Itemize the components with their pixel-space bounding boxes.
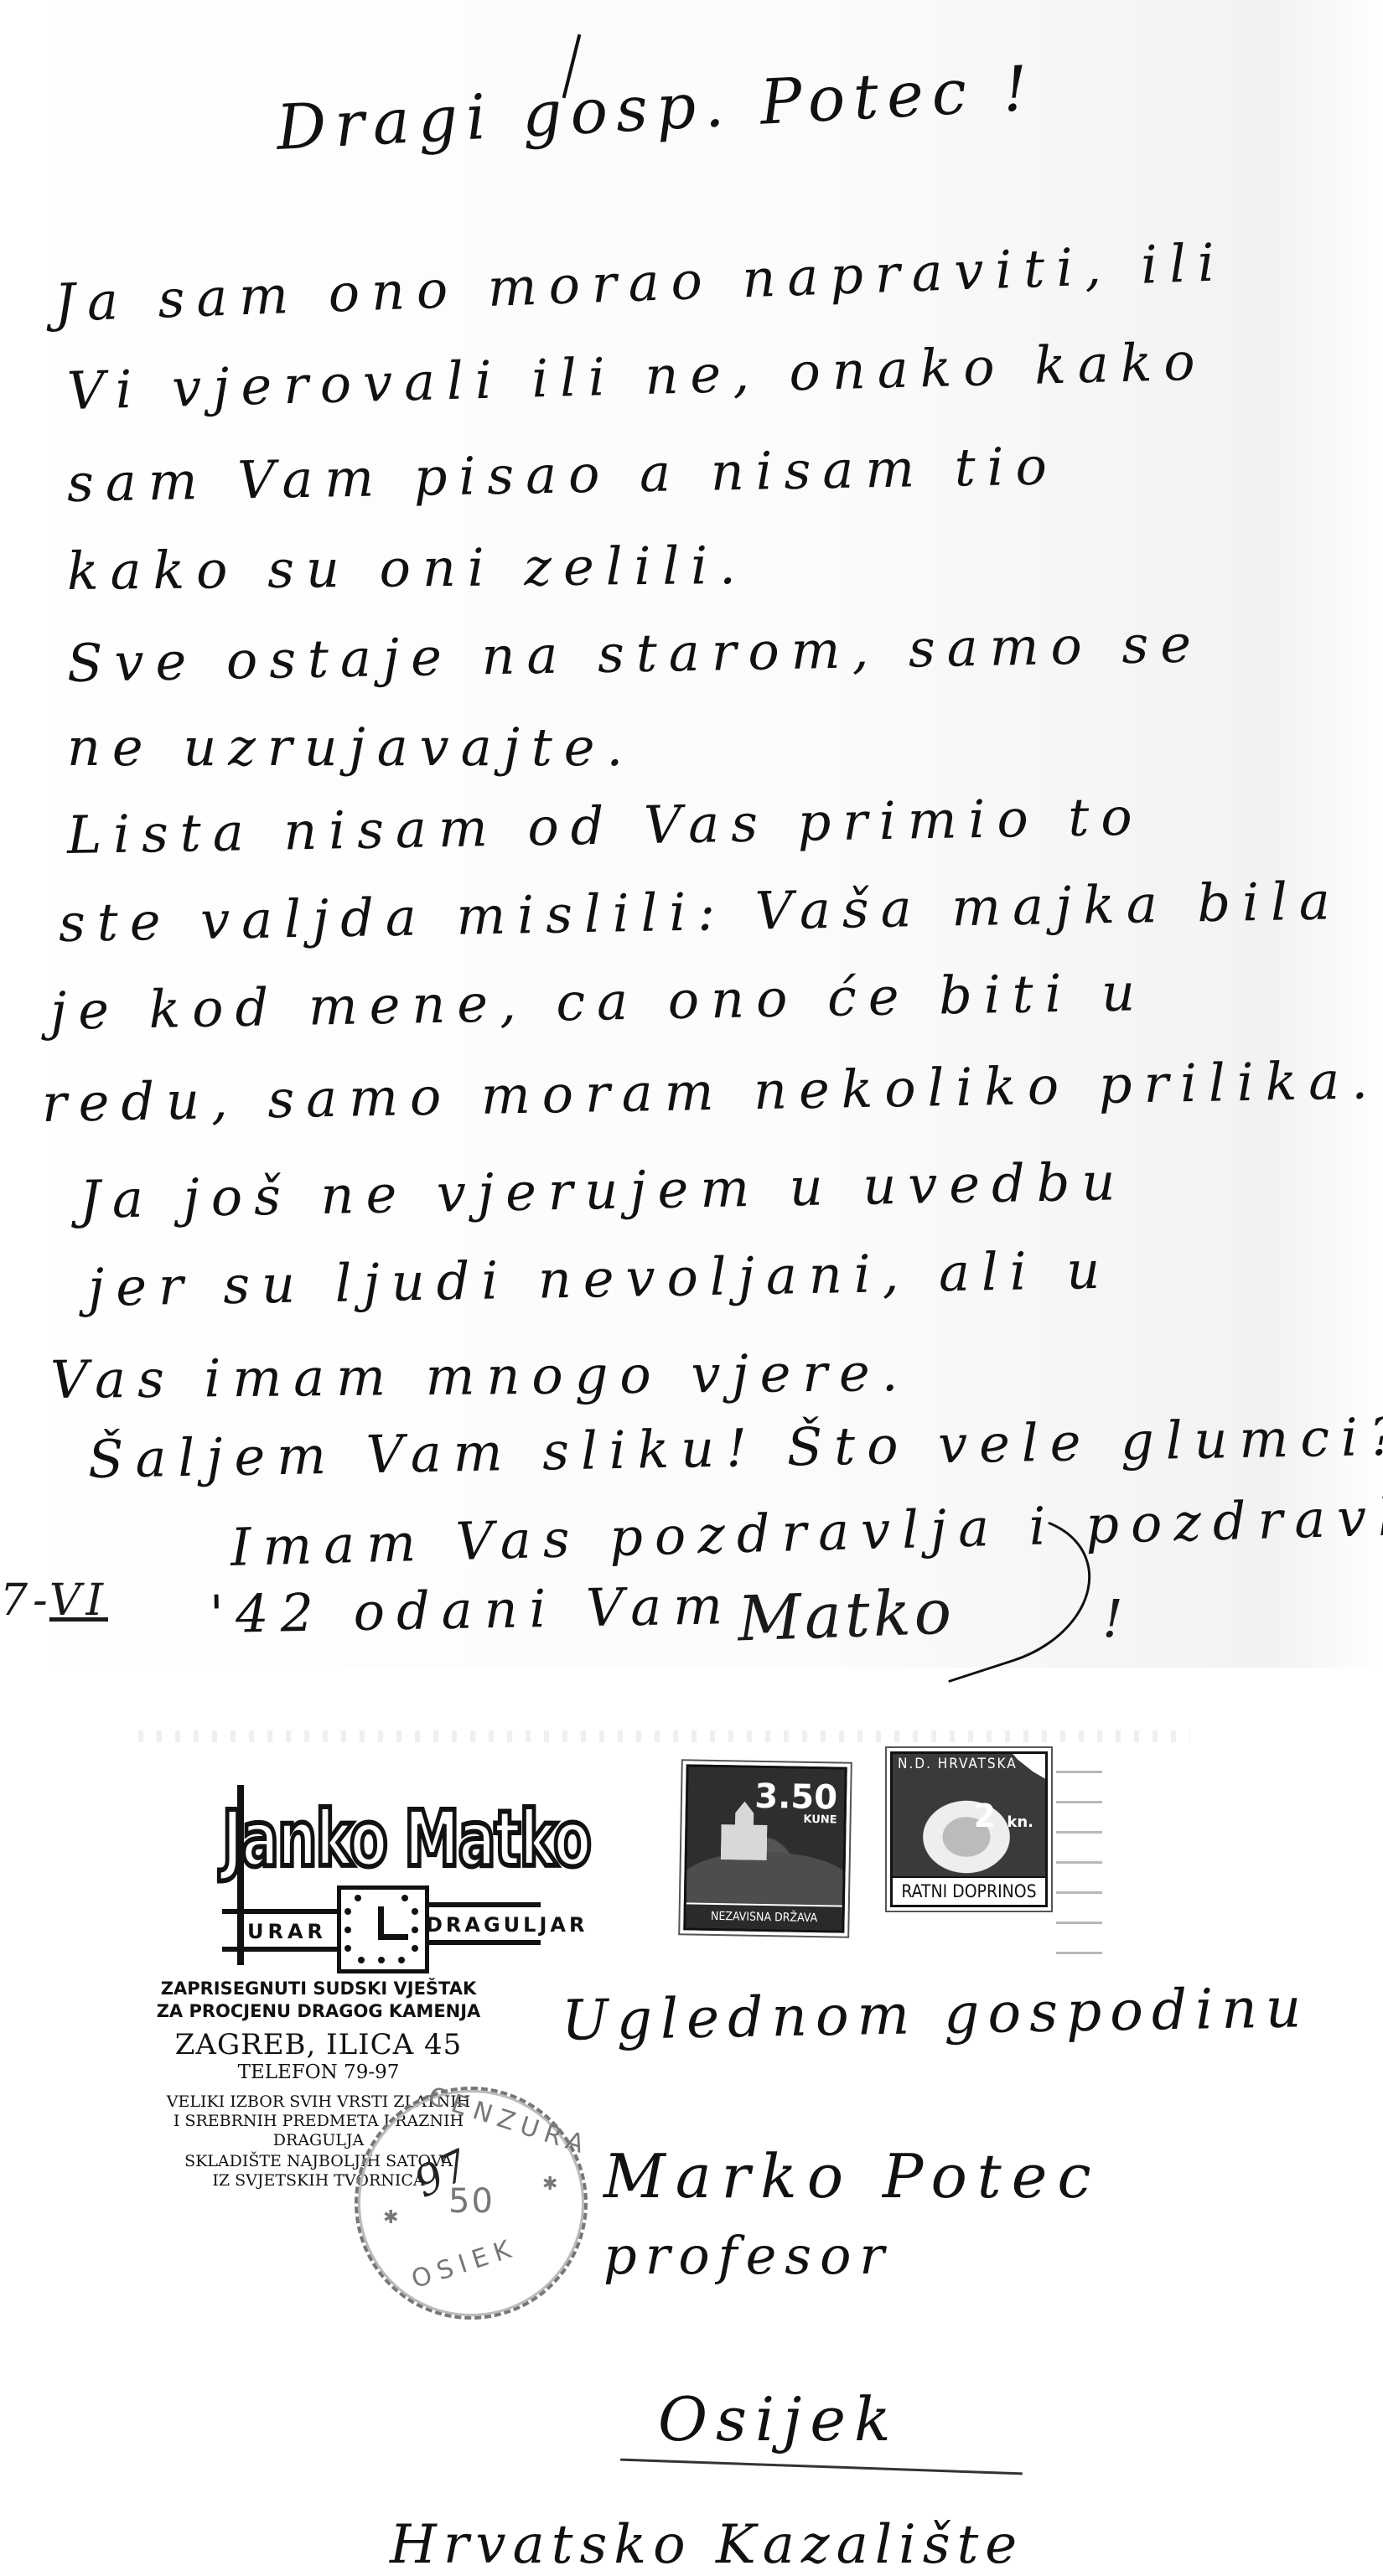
letter-line: je kod mene, ca ono će biti u: [49, 961, 1147, 1042]
envelope: Janko Matko URAR I DRAGULJAR ZAPRISEGNUT…: [138, 1730, 1190, 2576]
envelope-edge: [138, 1730, 1190, 1742]
address-recipient-title: profesor: [603, 2225, 893, 2286]
letter-line: ne uzrujavajte.: [67, 716, 635, 778]
date-year: '42: [209, 1582, 325, 1645]
letter-line: ste valjda mislili: Vaša majka bila: [58, 870, 1342, 954]
letter-line: redu, samo moram nekoliko prilika.: [41, 1049, 1380, 1134]
logo-rule: [222, 1909, 341, 1914]
address-city: Osijek: [658, 2384, 899, 2454]
letter-date: 7-VI: [0, 1575, 108, 1626]
logo-stem: [237, 1785, 244, 1965]
postmark-bottom-text: OSIEK: [408, 2233, 521, 2295]
logo-rule: [422, 1902, 541, 1907]
letter-closing: '42 odani Vam: [209, 1575, 734, 1645]
city-underline: [620, 2459, 1023, 2475]
stamp-value: 3.50 KUNE: [754, 1780, 838, 1826]
signature-exclamation: !: [1102, 1588, 1123, 1649]
letter-line: kako su oni zelili.: [67, 535, 748, 602]
stamp-caption: RATNI DOPRINOS: [893, 1876, 1045, 1905]
letter-line: Imam Vas pozdravlja i pozdravlja: [230, 1484, 1383, 1578]
stamp-value: 2 kn.: [974, 1798, 1033, 1834]
stamp-caption: NEZAVISNA DRŽAVA HRVATSKA: [686, 1902, 842, 1930]
star-icon: ✱: [383, 2207, 398, 2228]
logo-subtitle-left: URAR I: [247, 1920, 350, 1943]
letterhead-phone: TELEFON 79-97: [138, 2061, 499, 2083]
postage-stamp-war-contribution: N.D. HRVATSKA 2 kn. RATNI DOPRINOS: [890, 1751, 1048, 1907]
letter-line: Lista nisam od Vas primio to: [66, 786, 1144, 866]
address-salutation: Uglednom gospodinu: [561, 1975, 1310, 2053]
logo-rule: [222, 1947, 341, 1952]
logo-wordmark: Janko Matko: [222, 1777, 477, 1902]
letter-line: Ja još ne vjerujem u uvedbu: [79, 1151, 1127, 1230]
stamp-value-number: 2: [974, 1798, 996, 1834]
stamp-value-unit: kn.: [1007, 1813, 1033, 1831]
cancellation-lines: [1056, 1747, 1102, 1957]
letter-line: Vi vjerovali ili ne, onako kako: [66, 330, 1207, 422]
credentials-line: ZAPRISEGNUTI SUDSKI VJEŠTAK: [138, 1978, 499, 2000]
letter-greeting: Dragi gosp. Potec !: [275, 53, 1039, 164]
censor-postmark: CENZURA 50 OSIEK ✱ ✱: [355, 2087, 588, 2320]
letter-line: Vas imam mnogo vjere.: [50, 1342, 910, 1410]
clock-icon: [337, 1885, 429, 1973]
logo-rule: [422, 1940, 541, 1945]
date-month: VI: [49, 1575, 108, 1626]
address-destination: Hrvatsko Kazalište: [390, 2514, 1023, 2576]
star-icon: ✱: [542, 2174, 557, 2195]
letter-line: Šaljem Vam sliku! Što vele glumci?: [87, 1405, 1383, 1489]
stamp-title: N.D. HRVATSKA: [898, 1756, 1018, 1772]
letterhead-logo: Janko Matko URAR I DRAGULJAR: [222, 1777, 541, 1965]
postage-stamp-castle: 3.50 KUNE NEZAVISNA DRŽAVA HRVATSKA: [683, 1764, 847, 1932]
stamp-value-number: 3.50: [754, 1777, 837, 1818]
letter-page: Dragi gosp. Potec ! Ja sam ono morao nap…: [0, 0, 1383, 1668]
logo-subtitle-right: DRAGULJAR: [426, 1913, 588, 1937]
letterhead-address: ZAGREB, ILICA 45: [138, 2028, 499, 2061]
letter-line: Ja sam ono morao napraviti, ili: [54, 231, 1227, 334]
letterhead-credentials: ZAPRISEGNUTI SUDSKI VJEŠTAK ZA PROCJENU …: [138, 1978, 499, 2023]
letter-line: jer su ljudi nevoljani, ali u: [87, 1239, 1111, 1318]
letter-line: sam Vam pisao a nisam tio: [66, 435, 1059, 514]
closing-text: odani Vam: [353, 1575, 735, 1642]
letter-line: Sve ostaje na starom, samo se: [66, 613, 1203, 694]
credentials-line: ZA PROCJENU DRAGOG KAMENJA: [138, 2000, 499, 2023]
address-recipient-name: Marko Potec: [603, 2141, 1101, 2211]
date-day: 7: [0, 1575, 33, 1626]
